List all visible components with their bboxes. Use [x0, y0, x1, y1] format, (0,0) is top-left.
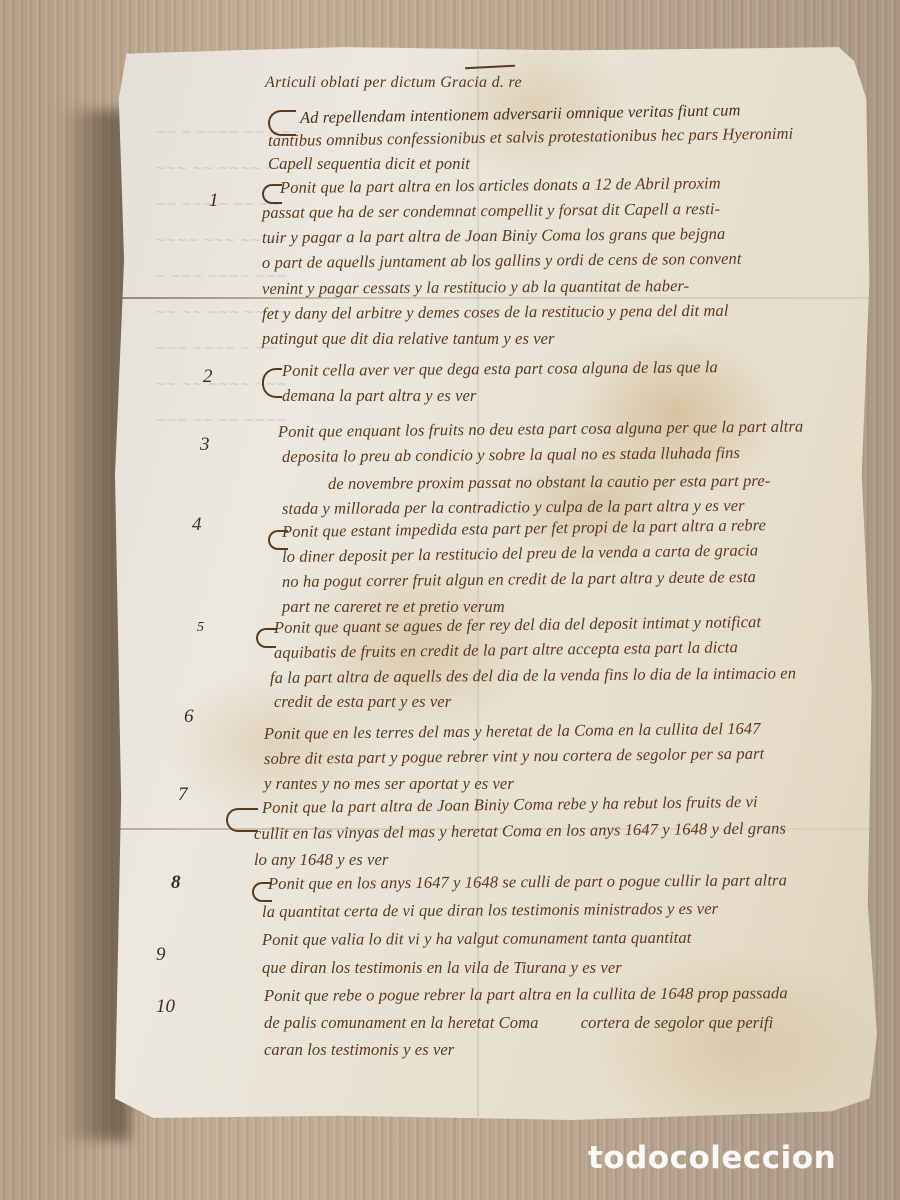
p1-line-2: passat que ha de ser condemnat compellit…	[262, 199, 720, 223]
p3-line-3: de novembre proxim passat no obstant la …	[328, 471, 770, 494]
p2-line-2: demana la part altra y es ver	[282, 386, 476, 406]
todocoleccion-watermark: todocoleccion	[588, 1140, 836, 1176]
p5-line-4: credit de esta part y es ver	[274, 692, 451, 712]
margin-number-8: 8	[171, 872, 181, 894]
margin-number-1: 1	[209, 190, 219, 212]
p10-line-1: Ponit que rebe o pogue rebrer la part al…	[264, 983, 788, 1006]
p9-line-2: que diran los testimonis en la vila de T…	[262, 958, 622, 978]
p8-line-1: Ponit que en los anys 1647 y 1648 se cul…	[268, 870, 787, 894]
p3-line-2: deposita lo preu ab condicio y sobre la …	[282, 443, 740, 467]
p1-line-6: fet y dany del arbitre y demes coses de …	[262, 301, 729, 324]
paragraph-flourish-icon	[262, 368, 282, 398]
p1-line-7: patingut que dit dia relative tantum y e…	[262, 329, 555, 349]
p7-line-3: lo any 1648 y es ver	[254, 850, 388, 870]
p10-line-3: caran los testimonis y es ver	[264, 1040, 454, 1060]
p1-line-5: venint y pagar cessats y la restitucio y…	[262, 276, 689, 299]
intro-line-3: Capell sequentia dicit et ponit	[268, 154, 470, 174]
margin-number-3: 3	[200, 434, 210, 456]
margin-number-10: 10	[156, 996, 175, 1018]
margin-number-7: 7	[178, 784, 188, 806]
p10-line-2: de palis comunament en la heretat Coma c…	[264, 1013, 773, 1033]
p6-line-3: y rantes y no mes ser aportat y es ver	[264, 774, 514, 794]
p1-line-3: tuir y pagar a la part altra de Joan Bin…	[262, 224, 725, 248]
p9-line-1: Ponit que valia lo dit vi y ha valgut co…	[262, 928, 691, 950]
p1-line-4: o part de aquells juntament ab los galli…	[262, 249, 742, 273]
margin-number-5: 5	[197, 620, 204, 636]
margin-number-2: 2	[203, 366, 213, 388]
margin-number-4: 4	[192, 514, 202, 536]
document-heading: Articuli oblati per dictum Gracia d. re	[265, 74, 522, 92]
p8-line-2: la quantitat certa de vi que diran los t…	[262, 899, 718, 922]
p2-line-1: Ponit cella aver ver que dega esta part …	[282, 357, 718, 381]
margin-number-9: 9	[156, 944, 166, 966]
p4-line-4: part ne careret re et pretio verum	[282, 597, 505, 617]
margin-number-6: 6	[184, 706, 194, 728]
